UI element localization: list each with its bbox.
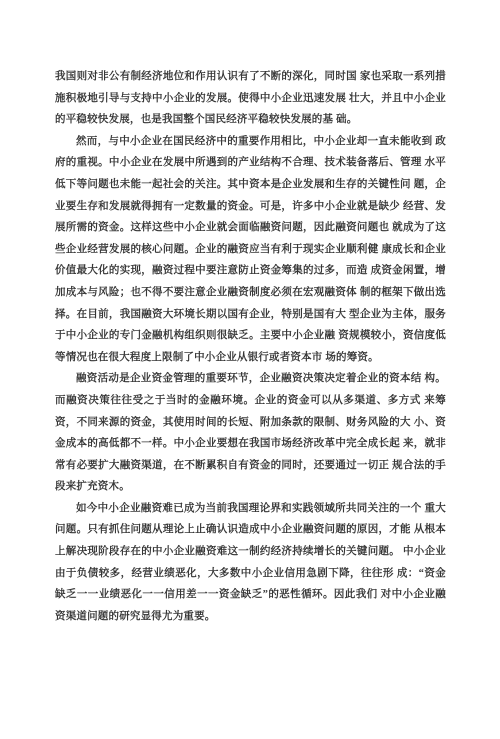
- paragraph-4: 如今中小企业融资难已成为当前我国理论界和实践领域所共同关注的一个 重大问题。只有…: [55, 498, 446, 628]
- paragraph-3: 融资活动是企业资金管理的重要环节，企业融资决策决定着企业的资本结 构。而融资决策…: [55, 368, 446, 498]
- document-page: 我国则对非公有制经济地位和作用认识有了不断的深化，同时国 家也采取一系列措施积极…: [0, 0, 500, 739]
- paragraph-2: 然而，与中小企业在国民经济中的重要作用相比，中小企业却一直未能收到 政府的重视。…: [55, 131, 446, 369]
- paragraph-1: 我国则对非公有制经济地位和作用认识有了不断的深化，同时国 家也采取一系列措施积极…: [55, 66, 446, 131]
